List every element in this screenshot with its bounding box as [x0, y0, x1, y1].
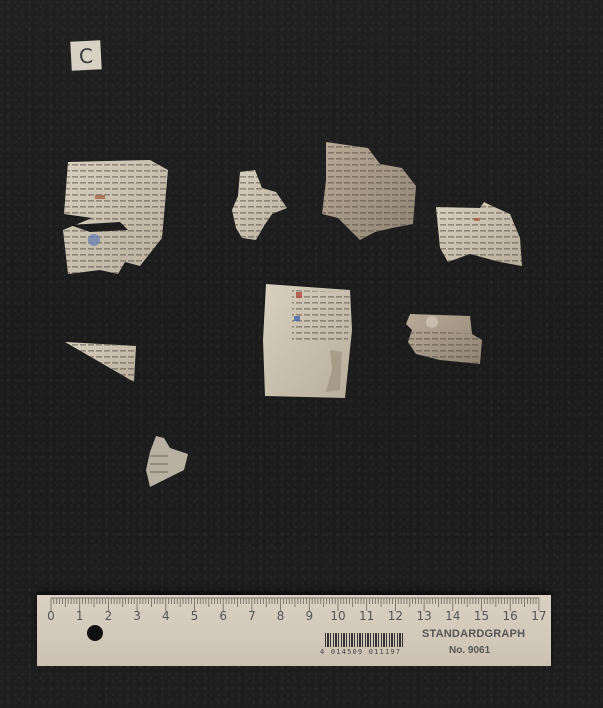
barcode-number: 4 014509 011197	[320, 648, 401, 656]
ruler-number-0: 0	[47, 609, 55, 623]
ruler-number-2: 2	[105, 609, 113, 623]
fragment-5	[263, 284, 352, 398]
ruler-number-16: 16	[503, 609, 518, 623]
ruler-model: No. 9061	[449, 645, 490, 656]
fragment-8	[146, 436, 188, 487]
ruler-brand: STANDARDGRAPH	[422, 628, 525, 640]
barcode	[325, 633, 405, 647]
ruler-number-8: 8	[277, 609, 285, 623]
ruler-hole	[87, 625, 103, 641]
ruler-number-1: 1	[76, 609, 84, 623]
ruler-number-14: 14	[445, 609, 460, 623]
fragment-6	[406, 314, 482, 364]
fragment-2	[232, 170, 287, 240]
ruler-number-7: 7	[248, 609, 256, 623]
fragment-4	[436, 202, 522, 266]
ruler-number-11: 11	[359, 609, 374, 623]
ruler-number-6: 6	[219, 609, 227, 623]
ruler-number-5: 5	[191, 609, 199, 623]
ruler-number-13: 13	[416, 609, 431, 623]
ruler-number-10: 10	[330, 609, 345, 623]
measurement-ruler: 4 014509 011197 STANDARDGRAPH No. 9061 0…	[37, 595, 551, 666]
ruler-number-17: 17	[531, 609, 546, 623]
ruler-number-3: 3	[133, 609, 141, 623]
fragment-1	[63, 160, 168, 274]
ruler-number-4: 4	[162, 609, 170, 623]
fragment-7	[65, 342, 136, 382]
fragment-3	[322, 142, 416, 240]
ruler-number-9: 9	[305, 609, 313, 623]
ruler-number-15: 15	[474, 609, 489, 623]
ruler-number-12: 12	[388, 609, 403, 623]
